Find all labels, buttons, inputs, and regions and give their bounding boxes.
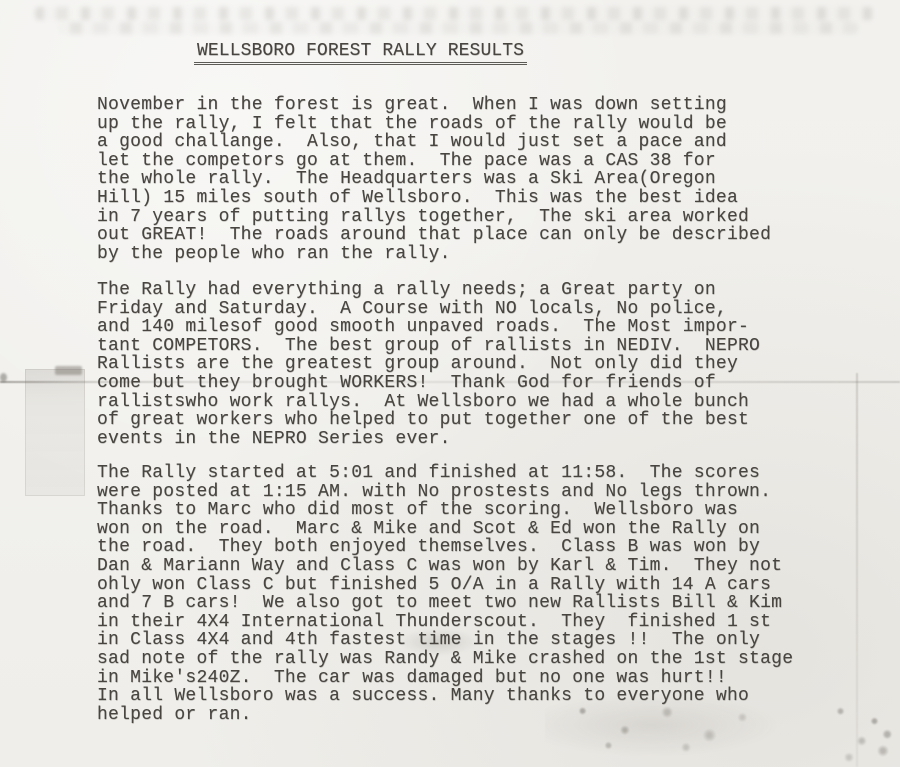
scanned-document-page: WELLSBORO FOREST RALLY RESULTS November … (0, 0, 900, 767)
scan-ghost-text-band-lower (58, 22, 858, 34)
paragraph-results: The Rally started at 5:01 and finished a… (97, 464, 793, 724)
scan-paper-edge-line (856, 373, 858, 767)
scan-tape-strip-mark (25, 369, 85, 496)
document-title: WELLSBORO FOREST RALLY RESULTS (194, 41, 527, 65)
paragraph-rally-praise: The Rally had everything a rally needs; … (97, 281, 760, 448)
scan-tape-edge-mark (55, 366, 82, 375)
scan-ghost-text-band-top (35, 7, 873, 20)
scan-corner-speckle-cluster (815, 698, 900, 764)
scan-left-edge-speck (0, 373, 7, 382)
paragraph-intro: November in the forest is great. When I … (97, 96, 771, 263)
